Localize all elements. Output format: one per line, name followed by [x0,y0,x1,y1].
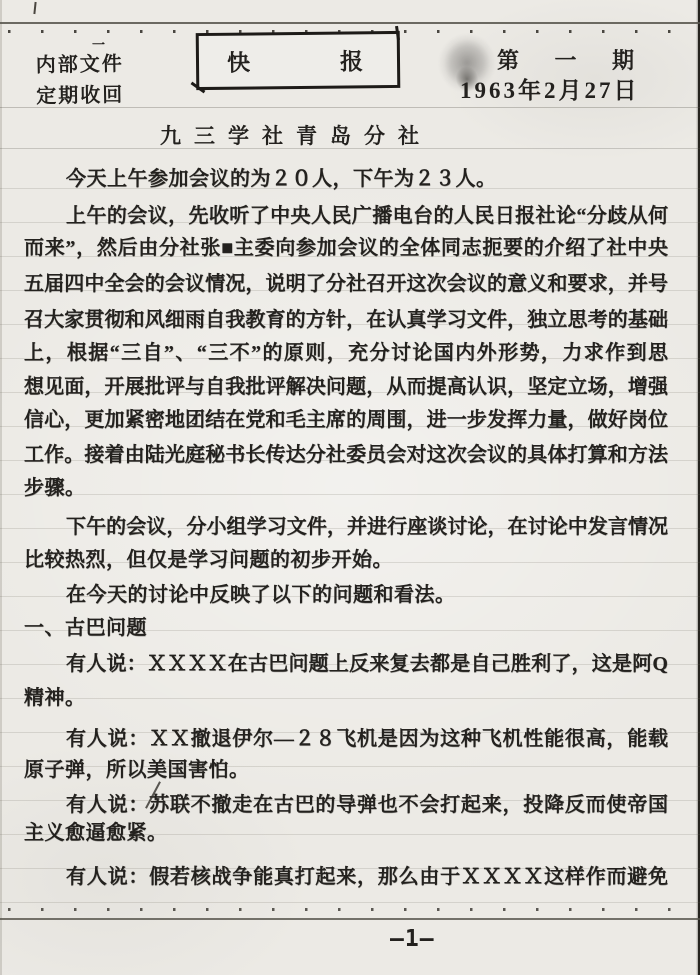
body-line: 原子弹，所以美国害怕。 [24,757,668,783]
issue-date: 1963年2月27日 [460,72,640,105]
document-page: 一 内部文件 定期收回 快 报 第 一 期 1963年2月27日 九三学社青岛分… [0,0,700,975]
page-title: 九三学社青岛分社 [160,120,432,150]
body-line: 今天上午参加会议的为２０人，下午为２３人。 [66,166,668,192]
masthead-char-kuai: 快 [227,45,250,78]
body-line: 上，根据“三自”、“三不”的原则，充分讨论国内外形势，力求作到思 [24,340,668,366]
scan-right-edge [696,0,700,975]
classification-stamp: 内部文件 定期收回 [35,49,124,113]
body-line: 有人说：ＸＸＸＸ在古巴问题上反来复去都是自己胜利了，这是阿Q [66,651,668,677]
body-line: 在今天的讨论中反映了以下的问题和看法。 [66,582,668,608]
masthead-char-bao: 报 [340,43,363,76]
scan-corner-mark [33,2,36,14]
bottom-rule [0,918,700,920]
body-line: 有人说：假若核战争能真打起来，那么由于ＸＸＸＸ这样作而避免 [66,864,668,890]
body-line: 想见面，开展批评与自我批评解决问题，从而提高认识，坚定立场，增强 [24,374,668,400]
top-rule [0,22,700,24]
page-number: —1— [390,926,435,952]
body-line: 一、古巴问题 [24,615,668,641]
body-line: 工作。接着由陆光庭秘书长传达分社委员会对这次会议的具体打算和方法 [24,442,668,468]
body-line: 下午的会议，分小组学习文件，并进行座谈讨论，在讨论中发言情况 [66,514,668,540]
body-line: 主义愈逼愈紧。 [24,820,668,846]
header-divider-line [0,107,700,108]
bottom-perforation-dots [8,908,690,911]
body-line: 步骤。 [24,475,668,501]
body-line: 比较热烈，但仅是学习问题的初步开始。 [24,547,668,573]
body-line: 有人说：ＸＸ撤退伊尔—２８飞机是因为这种飞机性能很高，能载 [66,726,668,752]
body-line: 有人说：苏联不撤走在古巴的导弹也不会打起来，投降反而使帝国 [66,792,668,818]
body-line: 上午的会议，先收听了中央人民广播电台的人民日报社论“分歧从何 [66,203,668,229]
body-line: 精神。 [24,685,668,711]
issue-number: 第 一 期 [497,44,636,75]
scan-left-edge [0,0,2,975]
masthead-box: 快 报 [196,31,401,90]
classification-line-1: 内部文件 [35,49,124,82]
body-line: 召大家贯彻和风细雨自我教育的方针，在认真学习文件，独立思考的基础 [24,307,668,333]
body-line: 五届四中全会的会议情况，说明了分社召开这次会议的意义和要求，并号 [24,271,668,297]
body-line: 而来”，然后由分社张■主委向参加会议的全体同志扼要的介绍了社中央 [24,235,668,261]
body-line: 信心，更加紧密地团结在党和毛主席的周围，进一步发挥力量，做好岗位 [24,407,668,433]
title-ruled-line [0,148,700,149]
